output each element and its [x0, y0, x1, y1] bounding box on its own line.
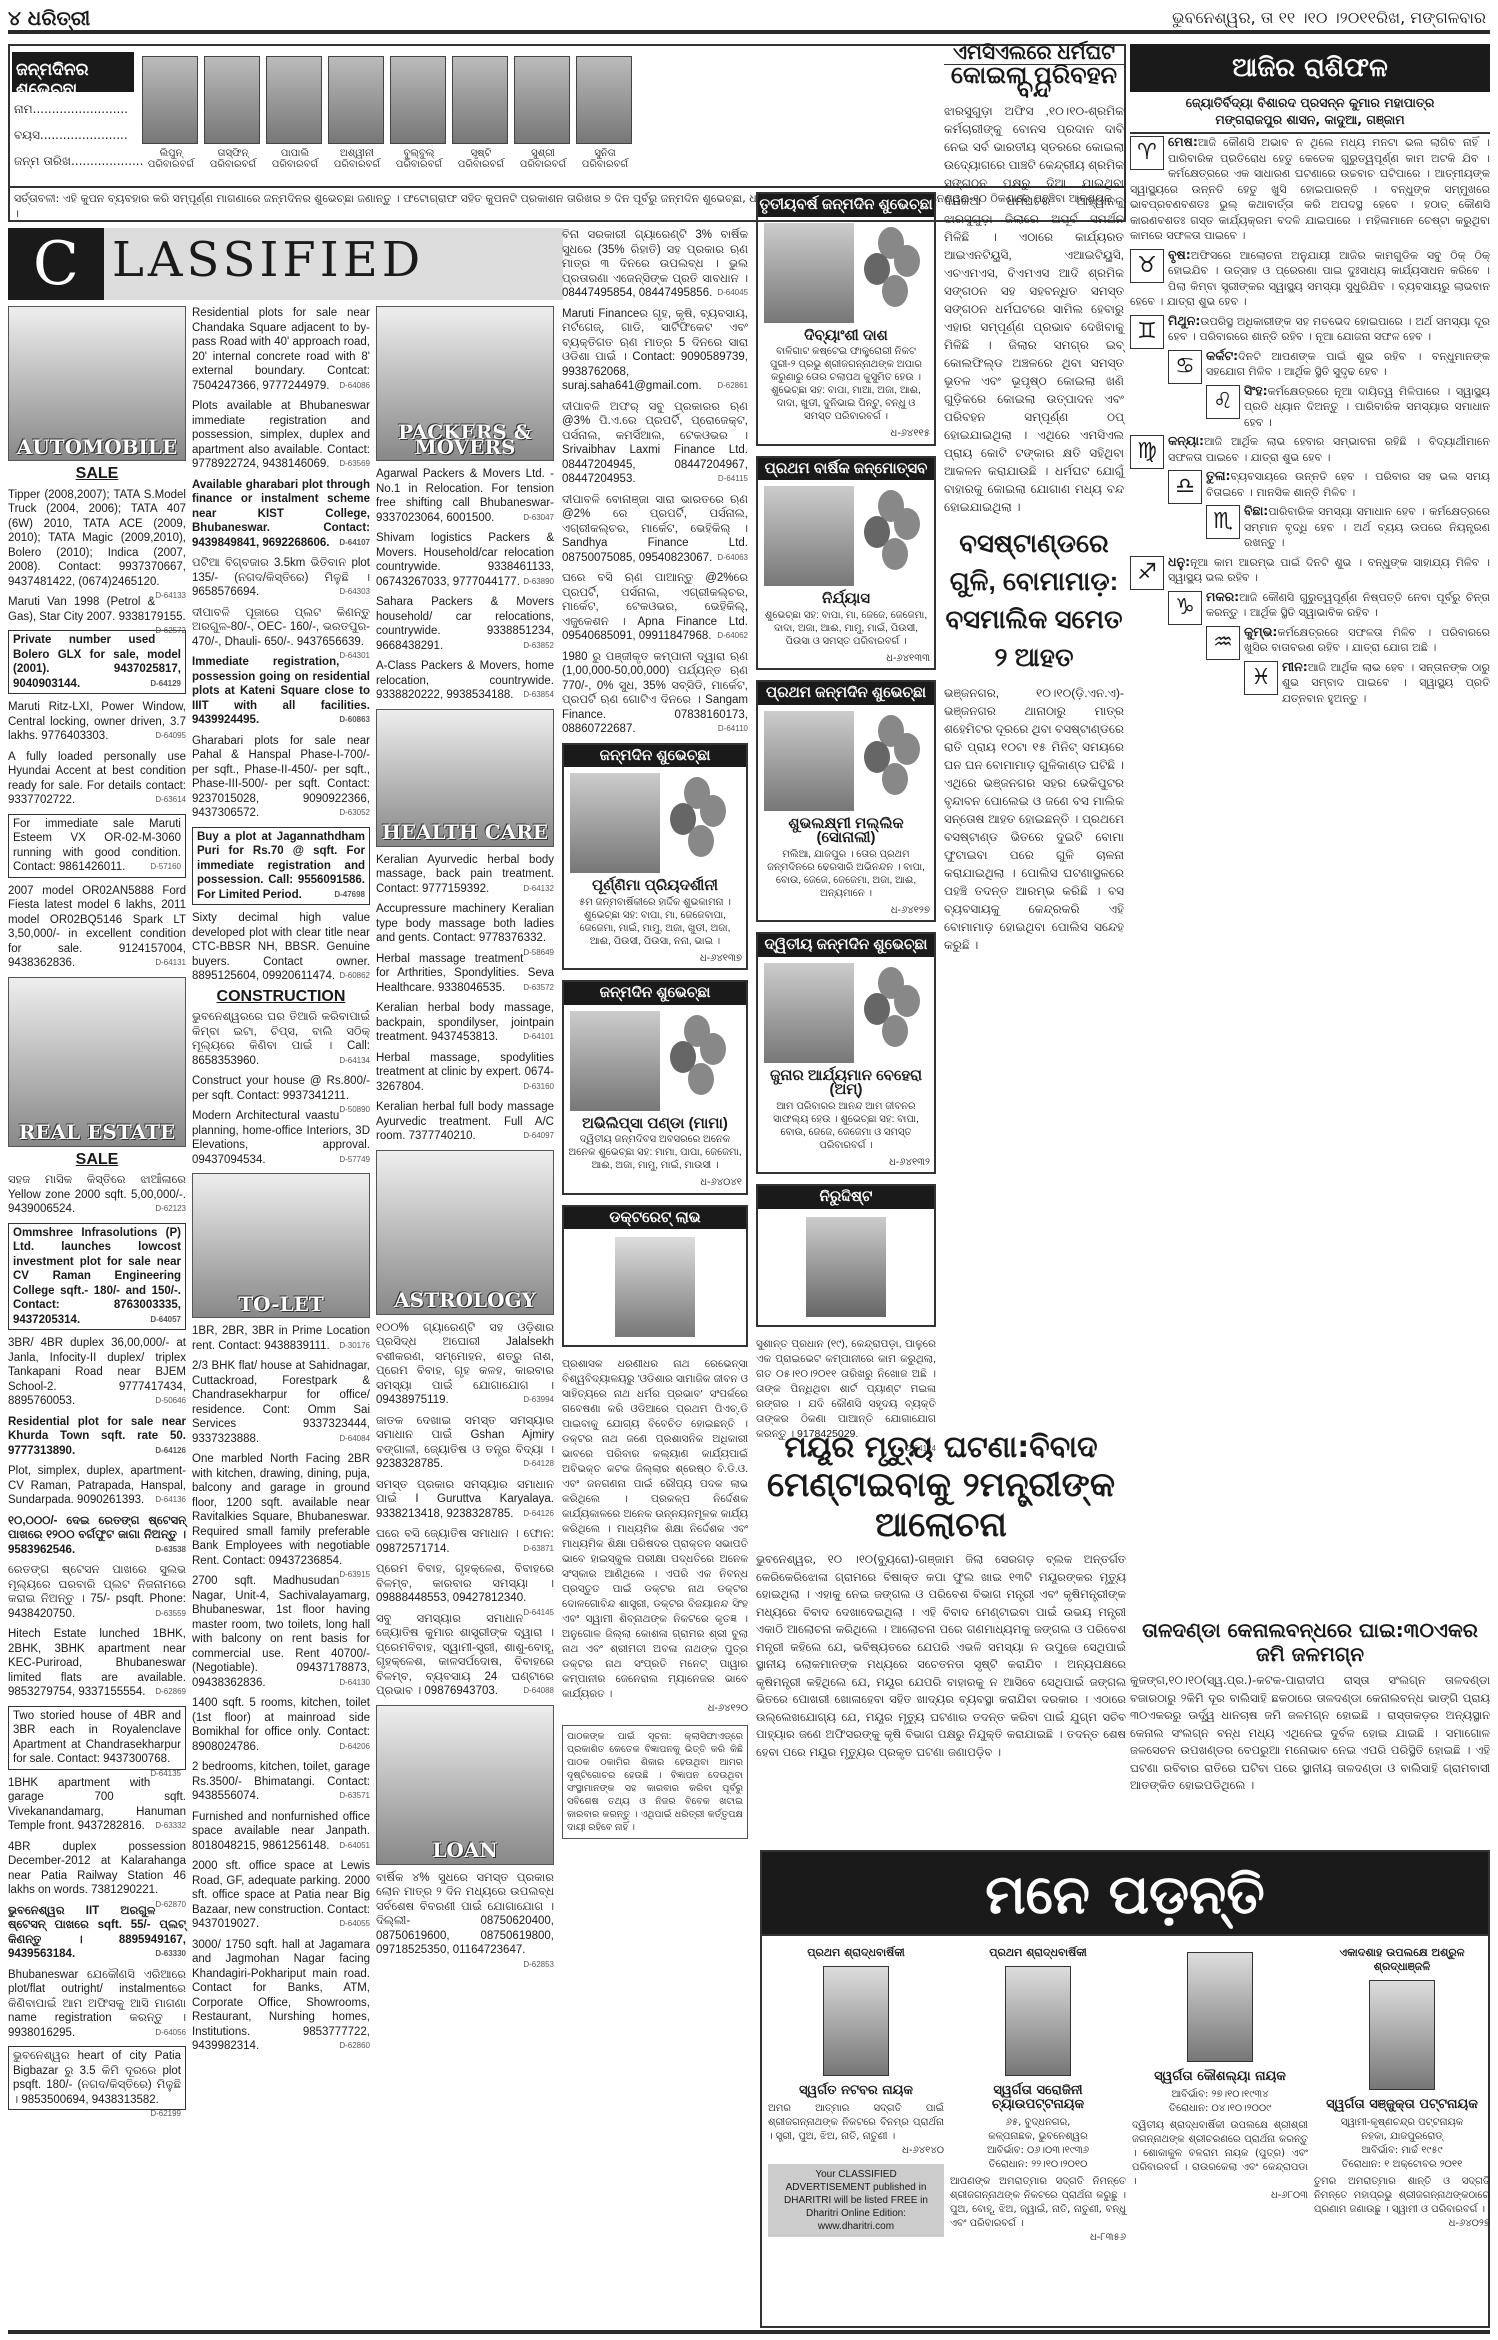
classified-ad: Keralian Ayurvedic herbal body massage, … [376, 853, 554, 897]
obituary-name: ସ୍ୱର୍ଗତା କୌଶଲ୍ୟା ନାୟକ [1132, 2070, 1308, 2084]
obituary-text: ଆପଣଙ୍କ ଅମରାତ୍ମାର ସଦ୍‌ଗତି ନିମନ୍ତେ ଶ୍ରୀଜଗନ… [950, 2175, 1126, 2231]
ad-code: D-64055 [339, 1917, 370, 1932]
classified-col-2: Residential plots for sale near Chandaka… [192, 306, 370, 2060]
birthday-greeting-box: ଜନ୍ମଦିନ ଶୁଭେଚ୍ଛାପୂର୍ଣ୍ଣିମା ପ୍ରିୟଦର୍ଶୀନୀ୫… [562, 743, 748, 971]
classified-ad: ଭୁବନେଶ୍ୱର IIT ଅରଗୁଳ ଷ୍ଟେସନ୍ ପାଖରେ sqft. … [8, 1904, 186, 1962]
classified-ad: 2/3 BHK flat/ house at Sahidnagar, Cutta… [192, 1359, 370, 1446]
rashi-item: ♌ସିଂହ:କର୍ମକ୍ଷେତ୍ରରେ ନୂଆ ଦାୟିତ୍ୱ ମିଳିପାରେ… [1130, 383, 1490, 431]
birthday-greeting-box: ଜନ୍ମଦିନ ଶୁଭେଚ୍ଛାଅଭିଲିପ୍ସା ପଣ୍ଡା (ମାମା)ଦ୍… [562, 980, 748, 1195]
rashi-sign: କୁମ୍ଭ: [1244, 624, 1277, 639]
rashi-sign: ମକର: [1206, 589, 1239, 604]
ad-code: D-64131 [155, 956, 186, 971]
ad-code: D-64133 [155, 589, 186, 604]
greeting-text: ଶୁଭେଚ୍ଛା ସହ: ବାପା, ମା, ଜେଜେ, ଜେଜେମା, ଦାଦ… [758, 607, 934, 652]
kid-family: ପରିବାରବର୍ଗ [576, 159, 634, 170]
ad-text: ବାର୍ଷିକ ୪% ସୁଧରେ ସମସ୍ତ ପ୍ରକାର ଲୋନ ମାତ୍ର … [376, 1872, 554, 1957]
news-1-headline: କୋଇଲା ପରିବହନ ବନ୍ଦ [944, 69, 1124, 98]
obituary-detail: କଳ୍ପନାଛକ, ଭୁବନେଶ୍ୱର [950, 2130, 1126, 2144]
kid-name: ପାପାଲି [266, 148, 324, 159]
classified-ad: ଜାତକ ଦେଖାଇ ସମସ୍ତ ସମସ୍ୟାର ସମାଧାନ ପାଇଁ Gsh… [376, 1414, 554, 1472]
ad-code: D-64101 [523, 1030, 554, 1045]
doctorate-code: ଧ-୬୪୧୨୦ [562, 1702, 748, 1717]
ad-code: D-50646 [155, 1394, 186, 1409]
obituary-name: ସ୍ୱର୍ଗତା ସଞ୍ଜୁକ୍ତା ପଟ୍ଟନାୟକ [1314, 2098, 1490, 2112]
birthday-greeting-box: ତୃତୀୟବର୍ଷ ଜନ୍ମଦିନ ଶୁଭେଚ୍ଛାଦିବ୍ୟାଂଶୀ ଦାଶବ… [756, 192, 936, 446]
classified-ad: Furnished and nonfurnished office space … [192, 1810, 370, 1854]
greeting-name: ଶୁଭଲକ୍ଷ୍ମୀ ମଲ୍ଲିକ (ସୋନାଲୀ) [758, 817, 934, 846]
birthday-kid: ଅଶ୍ୱୀନୀପରିବାରବର୍ଗ [328, 56, 386, 170]
greeting-name: ଦିବ୍ୟାଂଶୀ ଦାଶ [758, 329, 934, 344]
obituary-text: ତୁମର ଅମରାତ୍ମାର ଶାନ୍ତି ଓ ସଦ୍‌ଗତି ନିମନ୍ତେ … [1314, 2175, 1490, 2217]
rashi-item: ♍କନ୍ୟା:ଆଜି ଆର୍ଥିକ ଲାଭ ହେବାର ସମ୍ଭାବନା ରହି… [1130, 433, 1490, 465]
obituary-detail: ନହକା, ଯାଜପୁରରୋଡ୍ [1314, 2130, 1490, 2144]
classified-ad: Plots available at Bhubaneswar immediate… [192, 399, 370, 472]
ad-text: Construct your house @ Rs.800/- per sqft… [192, 1075, 370, 1102]
classified-ad: ଦୀପାବଳି ପୂଜାରେ ପ୍ଲଟ କିଣନ୍ତୁ ଅରଗୁଳ-80/-, … [192, 606, 370, 650]
ad-text: ପ୍ରେମ ବିବାହ, ଗୃହକ୍ଳେଶ, ବିବାହରେ ବିଳମ୍ବ, କ… [376, 1563, 554, 1604]
ad-code: D-63871 [523, 1542, 554, 1557]
classified-ad: Agarwal Packers & Movers Ltd. - No.1 in … [376, 467, 554, 525]
doctorate-body: ପ୍ରଶାସକ ଧରଣୀଧର ନାଥ ରେଭେନ୍ସା ବିଶ୍ୱବିଦ୍ୟାଳ… [562, 1357, 748, 1702]
rashi-sign: ସିଂହ: [1244, 383, 1268, 398]
classified-ad: 3000/ 1750 sqft. hall at Jagamara and Ja… [192, 1938, 370, 2054]
greeting-name: ଅଭିଲିପ୍ସା ପଣ୍ଡା (ମାମା) [564, 1117, 746, 1132]
ad-code: D-63330 [155, 1947, 186, 1962]
greeting-text: ଆମ ପରିବାରର ଆନନ୍ଦ ଆମ ଜୀବନର ସାଫଲ୍ୟ ହେଉ । ଶ… [758, 1098, 934, 1156]
greeting-code: ଧ-୬୪୧୨୭ [758, 904, 934, 921]
rashi-item: ♓ମୀନ:ଆଜି ଆର୍ଥିକ ଲାଭ ହେବ । ସନ୍ତାନଙ୍କ ଠାରୁ… [1130, 659, 1490, 707]
ad-code: D-62870 [155, 1898, 186, 1913]
classified-ad: ପଟିଆ ବିଗ୍‌ବଜାର 3.5km ଭିତିବାନ plot 135/- … [192, 556, 370, 600]
kid-name: ବୁଲ୍‌ବୁଲ୍ [390, 148, 448, 159]
automobile-image: AUTOMOBILE [8, 306, 186, 461]
obituary-title: ପ୍ରଥମ ଶ୍ରାଦ୍ଧବାର୍ଷିକୀ [950, 1946, 1126, 1960]
news-3-kicker: ମୟୂର ମୃତ୍ୟୁ ଘଟଣା:ବିବାଦ [756, 1430, 1126, 1465]
online-edition-notice: Your CLASSIFIED ADVERTISEMENT published … [768, 2164, 944, 2237]
missing-heading: ନିରୁଦ୍ଦିଷ୍ଟ [758, 1186, 934, 1209]
zodiac-icon: ♒ [1206, 626, 1240, 660]
classified-ad: ସହଜ ମାସିକ କିସ୍ତିରେ ଝାଆଁଳାରେ Yellow zone … [8, 1173, 186, 1217]
classified-ad: Two storied house of 4BR and 3BR each in… [8, 1706, 186, 1770]
ad-code: D-63559 [155, 1607, 186, 1622]
missing-text: ସୁଶାନ୍ତ ପ୍ରଧାନ (୧୯), କେନ୍ଦ୍ରାପଡ଼ା, ପାଳୁର… [756, 1337, 936, 1442]
obituary-name: ସ୍ୱର୍ଗତ ନଟବର ନାୟକ [768, 2084, 944, 2098]
news-4-body: କୁଜଙ୍ଗ,୧୦।୧୦(ସ୍ୱ.ପ୍ର.)-କଟକ-ପାରାଦୀପ ରାସ୍ତ… [1130, 1672, 1490, 1795]
missing-person-box: ନିରୁଦ୍ଦିଷ୍ଟ [756, 1184, 936, 1327]
classified-ad: Residential plots for sale near Chandaka… [192, 306, 370, 393]
kid-name: ସୁନିତା [576, 148, 634, 159]
classified-ad: ଦୀପାବଳି ବୋନାଞ୍ଜା ସାରା ଭାରତରେ ଋଣ @2% ରେ ପ… [562, 493, 748, 566]
greeting-code: ଧ-୬୪୧୩୨ [758, 1156, 934, 1173]
classified-ad: Available gharabari plot through finance… [192, 478, 370, 551]
classified-ad: Maruti Ritz-LXI, Power Window, Central l… [8, 700, 186, 744]
kid-photo [142, 56, 198, 144]
classified-ad: 2007 model OR02AN5888 Ford Fiesta latest… [8, 884, 186, 971]
classified-ad: 2 bedrooms, kitchen, toilet, garage Rs.3… [192, 1760, 370, 1804]
classified-ad: 1BHK apartment with garage 700 sqft. Viv… [8, 1776, 186, 1834]
rashifal-astrologer: ଜ୍ୟୋତିର୍ବିଦ୍ୟା ବିଶାରଦ ପ୍ରସନ୍ନ କୁମାର ମହାପ… [1130, 94, 1490, 111]
balloons-icon [860, 227, 920, 317]
ad-code: D-63052 [339, 806, 370, 821]
kid-family: ପରିବାରବର୍ଗ [452, 159, 510, 170]
classified-col-5: ତୃତୀୟବର୍ଷ ଜନ୍ମଦିନ ଶୁଭେଚ୍ଛାଦିବ୍ୟାଂଶୀ ଦାଶବ… [756, 192, 936, 1456]
rashi-item: ♎ତୁଳା:ବ୍ୟବସାୟରେ ଉନ୍ନତି ହେବ । ପରିବାର ସହ ଭ… [1130, 468, 1490, 500]
classified-ad: Buy a plot at Jagannathdham Puri for Rs.… [192, 827, 370, 906]
classified-ad: Hitech Estate lunched 1BHK, 2BHK, 3BHK a… [8, 1627, 186, 1700]
classified-ad: Sixty decimal high value developed plot … [192, 911, 370, 984]
ad-code: D-50890 [339, 1103, 370, 1118]
classified-ad: Accupressure machinery Keralian type bod… [376, 902, 554, 946]
age-field: ବୟସ....................... [14, 128, 128, 143]
classified-ad: ଭୁବନେଶ୍ୱର heart of city Patia Bigbazar ର… [8, 2046, 186, 2110]
ad-code: D-62199 [150, 2107, 181, 2122]
ad-code: D-62853 [523, 1958, 554, 1973]
birthday-kid: ପାପାଲିପରିବାରବର୍ଗ [266, 56, 324, 170]
classified-ad: 2700 sqft. Madhusudan Nagar, Unit-4, Sac… [192, 1574, 370, 1690]
obituary-detail: ତିରୋଧାନ: ୨୨।୧୦।୨୦୧୦ [950, 2158, 1126, 2172]
loan-image: LOAN [376, 1705, 554, 1865]
ad-code: D-64051 [339, 1839, 370, 1854]
ad-code: D-64056 [155, 2026, 186, 2041]
ad-code: D-64145 [523, 1606, 554, 1621]
kid-name: ସୁଶ୍ରୀ [514, 148, 572, 159]
kid-name: ସୃଷ୍ଟି [452, 148, 510, 159]
obituary-area: ପ୍ରଥମ ଶ୍ରାଦ୍ଧବାର୍ଷିକୀସ୍ୱର୍ଗତ ନଟବର ନାୟକଅମ… [760, 1936, 1490, 2328]
news-3-headline: ମେଣ୍ଟାଇବାକୁ ୨ମନ୍ତ୍ରୀଙ୍କ ଆଲୋଚନା [756, 1465, 1126, 1545]
news-4-headline: ତାଳଦଣ୍ଡା କେନାଲବନ୍ଧରେ ଘାଇ:୩୦ଏକର ଜମି ଜଳମଗ୍… [1130, 1618, 1490, 1666]
obituary-card: ପ୍ରଥମ ଶ୍ରାଦ୍ଧବାର୍ଷିକୀସ୍ୱର୍ଗତା ସରୋଜିନୀ ଚ୍… [950, 1946, 1126, 2245]
ad-code: D-64206 [339, 1740, 370, 1755]
classified-col-4: ବିନା ସରକାରୀ ଗ୍ୟାରେଣ୍ଟି 3% ବାର୍ଷିକ ସୁଧରେ … [562, 228, 748, 1839]
rashi-item: ♉ବୃଷ:ଅଫିସରେ ଆଲୋଚନା ଅନୁଯାୟୀ ଆଜିର କାମଗୁଡିକ… [1130, 247, 1490, 310]
obituary-title: ପ୍ରଥମ ଶ୍ରାଦ୍ଧବାର୍ଷିକୀ [768, 1946, 944, 1960]
classified-ad: ରେତଙ୍ଗ ଷ୍ଟେସନ ପାଖରେ ସୁଲଭ ମୂଲ୍ୟରେ ଘରବାରି … [8, 1563, 186, 1621]
greeting-text: ବାଳିଗାଟ କଷ୍ଟେଇ ଫାକ୍ଟ୍ରୋରୀ ନିକଟ ପୁରୀ-୨ ପ୍… [758, 343, 934, 427]
tolet-image: TO-LET [192, 1173, 370, 1318]
birthday-greeting-box: ପ୍ରଥମ ବାର୍ଷିକ ଜନ୍ମୋତ୍ସବନିର୍ଯ୍ୟାସଶୁଭେଚ୍ଛା… [756, 456, 936, 671]
classified-ad: 1400 sqft. 5 rooms, kitchen, toilet (1st… [192, 1696, 370, 1754]
news-3-body: ଭୁବନେଶ୍ୱର, ୧୦ ।୧୦(ବ୍ୟୁରୋ)-ଗଞ୍ଜାମ ଜିଲା ସେ… [756, 1551, 1126, 1761]
ad-code: D-64136 [155, 1493, 186, 1508]
greeting-text: ମଲିଆ, ଯାଜପୁର । ତୋର ପ୍ରଥମ ଜନ୍ମଦିନରେ ଢେରସା… [758, 846, 934, 904]
classified-ad: A fully loaded personally use Hyundai Ac… [8, 750, 186, 808]
greeting-text: ୫ମ ଜନ୍ମବାର୍ଷିକୀରେ ହାର୍ଦ୍ଦିକ ଶୁଭକାମନା । ଶ… [564, 894, 746, 952]
ad-code: D-64132 [523, 882, 554, 897]
classified-title: LASSIFIED [112, 232, 424, 288]
birthday-greeting-box: ଦ୍ୱିତୀୟ ଜନ୍ମଦିନ ଶୁଭେଚ୍ଛାଜୁନାର ଆର୍ଯ୍ୟମାନ … [756, 932, 936, 1174]
rashi-sign: ବୃଷ: [1168, 247, 1191, 262]
classified-ad: Residential plot for sale near Khurda To… [8, 1415, 186, 1459]
classified-ad: ସମସ୍ତ ପ୍ରକାର ସମସ୍ୟାର ସମାଧାନ ପାଇଁ I Gurut… [376, 1478, 554, 1522]
rashifal-author: ଜ୍ୟୋତିର୍ବିଦ୍ୟା ବିଶାରଦ ପ୍ରସନ୍ନ କୁମାର ମହାପ… [1130, 94, 1490, 134]
classified-ad: Private number used Bolero GLX for sale,… [8, 630, 186, 694]
kid-family: ପରିବାରବର୍ଗ [390, 159, 448, 170]
ad-code: D-64107 [339, 536, 370, 551]
kid-photo [204, 56, 260, 144]
ad-code: D-64045 [717, 286, 748, 301]
balloons-icon [860, 715, 920, 805]
dob-field: ଜନ୍ମ ତାରିଖ................... [14, 154, 143, 169]
ad-code: D-57749 [339, 1153, 370, 1168]
ad-code: D-64097 [523, 1129, 554, 1144]
obituary-code: ଧ-୬୪୦୨୭ [1314, 2217, 1490, 2231]
rashi-item: ♋କର୍କଟ:ଦିନଟି ଆପଣଙ୍କ ପାଇଁ ଶୁଭ ରହିବ । ବନ୍ଧ… [1130, 348, 1490, 380]
classified-banner: C LASSIFIED [8, 228, 563, 300]
classified-ad: A-Class Packers & Movers, home relocatio… [376, 659, 554, 703]
bottom-rule [8, 2330, 1490, 2334]
kid-photo [266, 56, 322, 144]
greeting-heading: ପ୍ରଥମ ବାର୍ଷିକ ଜନ୍ମୋତ୍ସବ [758, 458, 934, 481]
classified-ad: ୧୦,୦୦୦/- ଦେଇ ରେତଙ୍ଗ ଷ୍ଟେସନ୍ ପାଖରେ ୧୨୦୦ ବ… [8, 1514, 186, 1558]
birthday-greeting-box: ପ୍ରଥମ ଜନ୍ମଦିନ ଶୁଭେଚ୍ଛାଶୁଭଲକ୍ଷ୍ମୀ ମଲ୍ଲିକ … [756, 680, 936, 922]
kid-name: ତାସ୍‌ଫିନ୍ [204, 148, 262, 159]
dateline: ଭୁବନେଶ୍ୱର, ତା ୧୧ ।୧୦ ।୨୦୧୧ରିଖ, ମଙ୍ଗଳବାର [1172, 8, 1486, 28]
birthday-kid: ସୁଶ୍ରୀପରିବାରବର୍ଗ [514, 56, 572, 170]
classified-ad: ଦୀପାବଳି ଅଫର୍ ସବୁ ପ୍ରକାରର ଋଣ @3% ପି.ଏ.ରେ … [562, 400, 748, 487]
ad-code: D-62860 [339, 2039, 370, 2054]
news-2-body: ଭଞ୍ଜନଗର, ୧୦।୧୦(ଡ଼ି.ଏନ.ଏ)-ଭଞ୍ଜନଗର ଥାନାଠାର… [944, 684, 1124, 954]
reader-notice: ପାଠକଙ୍କ ପାଇଁ ସୂଚନା: କ୍ଲାସିଫାଏଡ୍‌ରେ ପ୍ରକା… [562, 1725, 748, 1839]
kid-photo [514, 56, 570, 144]
rashi-sign: ମୀନ: [1282, 659, 1308, 674]
greeting-photo [764, 223, 854, 323]
classified-ad: Construct your house @ Rs.800/- per sqft… [192, 1074, 370, 1103]
obituary-code: ଧ-୬୪୧୪୦ [768, 2144, 944, 2158]
obituary-title: ଏକାଦଶାହ ଉପଲକ୍ଷେ ଅଶ୍ରୁଳ ଶ୍ରଦ୍ଧାଞ୍ଜଳି [1314, 1946, 1490, 1974]
balloons-icon [666, 1015, 726, 1105]
obituary-photo [823, 1966, 889, 2076]
ad-text: One marbled North Facing 2BR with kitche… [192, 1453, 370, 1567]
greeting-code: ଧ-୬୪୦୪୧ [564, 1176, 746, 1193]
greeting-heading: ପ୍ରଥମ ଜନ୍ମଦିନ ଶୁଭେଚ୍ଛା [758, 682, 934, 705]
classified-ad: Keralian herbal body massage, backpain, … [376, 1001, 554, 1045]
packers-image: PACKERS & MOVERS [376, 306, 554, 461]
classified-ad: Plot, simplex, duplex, apartment- CV Ram… [8, 1464, 186, 1508]
ad-text: Tipper (2008,2007); TATA S.Model Truck (… [8, 489, 186, 588]
classified-ad: Tipper (2008,2007); TATA S.Model Truck (… [8, 488, 186, 590]
rashi-sign: କନ୍ୟା: [1168, 433, 1204, 448]
ad-code: D-64126 [155, 1444, 186, 1459]
ad-code: D-63915 [339, 1568, 370, 1583]
realestate-image: REAL ESTATE [8, 977, 186, 1147]
obituary-text: ଦ୍ୱିତୀୟ ଶ୍ରାଦ୍ଧବାର୍ଷିକୀ ଉପଲକ୍ଷେ ଶ୍ରୀଶ୍ରୀ… [1132, 2119, 1308, 2189]
ad-code: D-47698 [334, 888, 365, 903]
kid-name: ଲିପୁନ୍ [142, 148, 200, 159]
ad-code: D-30176 [339, 1339, 370, 1354]
classified-ad: Modern Architectural vaastu planning, ho… [192, 1109, 370, 1167]
news-1-body: ଝାରସୁଗୁଡ଼ା ଅଫିସ ,୧୦।୧୦-ଶ୍ରମିକ କର୍ମଚାରୀଙ୍… [944, 102, 1124, 516]
zodiac-icon: ♈ [1130, 136, 1164, 170]
ad-code: D-63569 [339, 457, 370, 472]
kid-family: ପରିବାରବର୍ଗ [142, 159, 200, 170]
obituary-detail: ସ୍ୱାମୀ-କୃଷ୍ଣଚନ୍ଦ୍ର ପଟ୍ଟନାୟକ [1314, 2116, 1490, 2130]
zodiac-icon: ♌ [1206, 385, 1240, 419]
rashi-sign: ମେଷ: [1168, 134, 1198, 149]
birthday-kid: ଲିପୁନ୍ପରିବାରବର୍ଗ [142, 56, 200, 170]
balloons-icon [666, 777, 726, 867]
classified-ad: One marbled North Facing 2BR with kitche… [192, 1452, 370, 1568]
rashi-item: ♈ମେଷ:ଆଜି କୌଣସି ଅଭାବ ନ ଥିଲେ ମଧ୍ୟ ମନଟା ଭଲ … [1130, 134, 1490, 244]
rashi-sign: ତୁଳା: [1206, 468, 1231, 483]
kid-family: ପରିବାରବର୍ଗ [266, 159, 324, 170]
obituary-code: ଧ-୮୩୫୬ [950, 2231, 1126, 2245]
news-3: ମୟୂର ମୃତ୍ୟୁ ଘଟଣା:ବିବାଦ ମେଣ୍ଟାଇବାକୁ ୨ମନ୍ତ… [756, 1430, 1126, 1761]
ad-text: 2700 sqft. Madhusudan Nagar, Unit-4, Sac… [192, 1575, 370, 1689]
ad-code: D-63854 [523, 688, 554, 703]
rashifal-address: ମଙ୍ଗରାଜପୁର ଶାସନ, କାଦୁଆ, ଗଞ୍ଜାମ [1130, 111, 1490, 128]
rashi-text: ନୂଆ କାମ ଆରମ୍ଭ ପାଇଁ ଦିନଟି ଶୁଭ । ବନ୍ଧୁଙ୍କ … [1168, 556, 1490, 585]
zodiac-icon: ♉ [1130, 249, 1164, 283]
ad-code: D-64115 [718, 472, 748, 487]
rashi-item: ♊ମିଥୁନ:ଉପରିସ୍ଥ ଅଧିକାରୀଙ୍କ ସହ ମତଭେଦ ହୋଇପା… [1130, 313, 1490, 345]
rashi-item: ♐ଧନୁ:ନୂଆ କାମ ଆରମ୍ଭ ପାଇଁ ଦିନଟି ଶୁଭ । ବନ୍ଧ… [1130, 554, 1490, 586]
rashifal-title: ଆଜିର ରାଶିଫଳ [1130, 44, 1490, 92]
obituary-detail: ୬୫, ବୁଦ୍ଧନଗର, [950, 2116, 1126, 2130]
obituary-banner: ମନେ ପଡ଼ନ୍ତି [760, 1850, 1490, 1936]
obituary-card: ସ୍ୱର୍ଗତା କୌଶଲ୍ୟା ନାୟକଆବିର୍ଭାବ: ୨୭।୧୦।୧୯୩… [1132, 1946, 1308, 2203]
doctorate-photo [615, 1237, 695, 1337]
kid-name: ଅଶ୍ୱୀନୀ [328, 148, 386, 159]
ad-code: D-63572 [523, 981, 554, 996]
obituary-text: ଅମର ଆତ୍ମାର ସଦ୍‌ଗତି ପାଇଁ ଶ୍ରୀଜଗନ୍ନାଥଙ୍କ ନ… [768, 2102, 944, 2144]
ad-code: D-64135 [150, 1767, 181, 1782]
astrology-image: ASTROLOGY [376, 1150, 554, 1315]
ad-code: D-63571 [339, 1789, 370, 1804]
kid-family: ପରିବାରବର୍ଗ [204, 159, 262, 170]
ad-code: D-62123 [155, 1202, 186, 1217]
classified-ad: 4BR duplex possession December-2012 at K… [8, 1840, 186, 1898]
classified-ad: 3BR/ 4BR duplex 36,00,000/- at Janla, In… [8, 1336, 186, 1409]
greeting-text: ଦ୍ୱିତୀୟ ଜନ୍ମଦିବସ ଅବସରରେ ଅନେକ ଅନେକ ଶୁଭେଚ୍… [564, 1131, 746, 1176]
rashi-sign: ବିଛା: [1244, 503, 1268, 518]
ad-code: D-64084 [339, 1432, 370, 1447]
ad-code: D-63047 [523, 511, 554, 526]
obituary-photo [1369, 1980, 1435, 2090]
rashi-text: କର୍ମକ୍ଷେତ୍ରରେ ନୂଆ ଦାୟିତ୍ୱ ମିଳିପାରେ । ସ୍ୱ… [1244, 385, 1490, 429]
balloons-icon [860, 967, 920, 1057]
classified-ad: ବିନା ସରକାରୀ ଗ୍ୟାରେଣ୍ଟି 3% ବାର୍ଷିକ ସୁଧରେ … [562, 228, 748, 301]
classified-ad: ପ୍ରେମ ବିବାହ, ଗୃହକ୍ଳେଶ, ବିବାହରେ ବିଳମ୍ବ, କ… [376, 1562, 554, 1606]
ad-text: ଦୀପାବଳି ପୂଜାରେ ପ୍ଲଟ କିଣନ୍ତୁ ଅରଗୁଳ-80/-, … [192, 607, 370, 648]
ad-code: D-60863 [339, 713, 370, 728]
greeting-code: ଧ-୬୪୧୧୫ [758, 427, 934, 444]
news-2-headline: ବସଷ୍ଟାଣ୍ଡରେ ଗୁଳି, ବୋମାମାଡ଼: ବସମାଲିକ ସମେତ… [944, 524, 1124, 676]
ad-text: ଭୁବନେଶ୍ୱର heart of city Patia Bigbazar ର… [13, 2050, 181, 2106]
rashi-sign: ଧନୁ: [1168, 554, 1190, 569]
masthead: ୪ ଧରିତ୍ରୀ ଭୁବନେଶ୍ୱର, ତା ୧୧ ।୧୦ ।୨୦୧୧ରିଖ,… [8, 0, 1490, 34]
greeting-heading: ଜନ୍ମଦିନ ଶୁଭେଚ୍ଛା [564, 745, 746, 768]
greeting-photo [570, 1011, 660, 1111]
rashi-item: ♏ବିଛା:ପାରିବାରିକ ସମସ୍ୟା ସମାଧାନ ହେବ । କର୍ମ… [1130, 503, 1490, 551]
ad-code: D-64130 [339, 1676, 370, 1691]
rashi-text: କର୍ମକ୍ଷେତ୍ରରେ ସଫଳତା ମିଳିବ । ପରିବାରରେ ଖୁସ… [1244, 626, 1490, 655]
rashi-sign: କର୍କଟ: [1206, 348, 1238, 363]
classified-ad: Shivam logistics Packers & Movers. House… [376, 531, 554, 589]
ad-code: D-63994 [523, 1393, 554, 1408]
name-field: ନାମ......................... [14, 102, 128, 117]
obituary-detail: ତିରୋଧାନ: ୦୪।୧୦।୨୦୦୯ [1132, 2102, 1308, 2116]
classified-initial: C [8, 228, 104, 300]
classified-ad: Ommshree Infrasolutions (P) Ltd. launche… [8, 1223, 186, 1331]
ad-code: D-64062 [717, 629, 748, 644]
ad-code: D-64129 [150, 677, 181, 692]
rashi-text: ପାରିବାରିକ ସମସ୍ୟା ସମାଧାନ ହେବ । କର୍ମକ୍ଷେତ୍… [1244, 505, 1490, 549]
greeting-code: ଧ-୬୪୧୩୩ [758, 652, 934, 669]
classified-ad: ୧୦୦% ଗ୍ୟାରେଣ୍ଟି ସହ ଓଡ଼ିଶାର ପ୍ରସିଦ୍ଧ ଅଘୋର… [376, 1321, 554, 1408]
ad-code: D-63160 [523, 1080, 554, 1095]
ad-code: D-58649 [523, 946, 554, 961]
doctorate-box: ଡକ୍ଟରେଟ୍ ଲାଭ [562, 1205, 748, 1348]
rashi-text: ଉପରିସ୍ଥ ଅଧିକାରୀଙ୍କ ସହ ମତଭେଦ ହୋଇପାରେ । ଅର… [1168, 315, 1490, 344]
kid-family: ପରିବାରବର୍ଗ [514, 159, 572, 170]
ad-code: D-64095 [155, 729, 186, 744]
kid-photo [328, 56, 384, 144]
kid-photo [390, 56, 446, 144]
ad-code: D-63890 [523, 575, 554, 590]
classified-ad: For immediate sale Maruti Esteem VX OR-0… [8, 814, 186, 878]
greeting-photo [764, 711, 854, 811]
birthday-kid: ବୁଲ୍‌ବୁଲ୍ପରିବାରବର୍ଗ [390, 56, 448, 170]
ad-code: D-57160 [150, 860, 181, 875]
obituary-photo [1005, 1966, 1071, 2076]
ad-text: Accupressure machinery Keralian type bod… [376, 903, 554, 944]
ad-code: D-63538 [155, 1543, 186, 1558]
obituary-detail: ତିରୋଧାନ: ୧ ଅକ୍ଟୋବର ୨୦୧୧ [1314, 2158, 1490, 2172]
ad-code: D-62861 [717, 379, 748, 394]
ad-code: D-64088 [523, 1684, 554, 1699]
classified-ad: 2000 sft. office space at Lewis Road, GF… [192, 1859, 370, 1932]
sale-heading: SALE [8, 467, 186, 482]
ad-text: Ommshree Infrasolutions (P) Ltd. launche… [13, 1227, 181, 1326]
zodiac-icon: ♊ [1130, 315, 1164, 349]
obituary-code: ଧ-୬୮୦୩ [1132, 2189, 1308, 2203]
rashi-text: ଆଜି ଆର୍ଥିକ ଲାଭ ହେବାର ସମ୍ଭାବନା ରହିଛି । ବି… [1168, 435, 1490, 464]
missing-photo [806, 1217, 886, 1317]
greeting-photo [570, 773, 660, 873]
obituary-card: ଏକାଦଶାହ ଉପଲକ୍ଷେ ଅଶ୍ରୁଳ ଶ୍ରଦ୍ଧାଞ୍ଜଳିସ୍ୱର୍… [1314, 1946, 1490, 2231]
obituary-detail: ଆବିର୍ଭାବ: ୦୬।୦୩।୧୯୩୬ [950, 2144, 1126, 2158]
rashifal-list: ♈ମେଷ:ଆଜି କୌଣସି ଅଭାବ ନ ଥିଲେ ମଧ୍ୟ ମନଟା ଭଲ … [1130, 134, 1490, 709]
balloons-icon [860, 490, 920, 580]
greeting-name: ପୂର୍ଣ୍ଣିମା ପ୍ରିୟଦର୍ଶୀନୀ [564, 879, 746, 894]
news-col: ଏମସିଏଲରେ ଧର୍ମଘଟ କୋଇଲା ପରିବହନ ବନ୍ଦ ଝାରସୁଗ… [944, 46, 1124, 954]
ad-text: 3000/ 1750 sqft. hall at Jagamara and Ja… [192, 1939, 370, 2053]
greeting-photo [764, 486, 854, 586]
zodiac-icon: ♎ [1168, 470, 1202, 504]
ad-code: D-62869 [155, 1685, 186, 1700]
classified-col-3: PACKERS & MOVERS Agarwal Packers & Mover… [376, 306, 554, 1972]
ad-code: D-64086 [339, 379, 370, 394]
ad-code: D-62572 [155, 624, 186, 639]
ad-code: D-64063 [717, 551, 748, 566]
greeting-name: ଜୁନାର ଆର୍ଯ୍ୟମାନ ବେହେରା (ଅମ୍) [758, 1069, 934, 1098]
classified-ad: ସବୁ ସମସ୍ୟାର ସମାଧାନ ଜ୍ୟୋତିଷ କୁମାର ଶାସ୍ତ୍ର… [376, 1612, 554, 1699]
ad-code: D-64057 [150, 1313, 181, 1328]
rashi-item: ♑ମକର:ଆଜି କୌଣସି ଗୁରୁତ୍ୱପୂର୍ଣ୍ଣ ନିଷ୍ପତ୍ତି … [1130, 589, 1490, 621]
obituary-card: ପ୍ରଥମ ଶ୍ରାଦ୍ଧବାର୍ଷିକୀସ୍ୱର୍ଗତ ନଟବର ନାୟକଅମ… [768, 1946, 944, 2237]
ad-text: Two storied house of 4BR and 3BR each in… [13, 1710, 181, 1766]
ad-code: D-64301 [339, 649, 370, 664]
birthday-kid: ତାସ୍‌ଫିନ୍ପରିବାରବର୍ଗ [204, 56, 262, 170]
kid-family: ପରିବାରବର୍ଗ [328, 159, 386, 170]
obituary-detail: ଆବିର୍ଭାବ: ମାର୍ଚ୍ଚ ୧୯୫୯ [1314, 2144, 1490, 2158]
ad-code: D-63852 [523, 639, 554, 654]
zodiac-icon: ♑ [1168, 591, 1202, 625]
greeting-photo [764, 963, 854, 1063]
ad-code: D-64128 [523, 1457, 554, 1472]
classified-ad: ଘରେ ବସି ଜ୍ୟୋତିଷ ସମାଧାନ । ଫୋନ: 0987257171… [376, 1527, 554, 1556]
rashi-text: ଆଜି ଆର୍ଥିକ ଲାଭ ହେବ । ସନ୍ତାନଙ୍କ ଠାରୁ ଶୁଭ … [1282, 661, 1490, 705]
